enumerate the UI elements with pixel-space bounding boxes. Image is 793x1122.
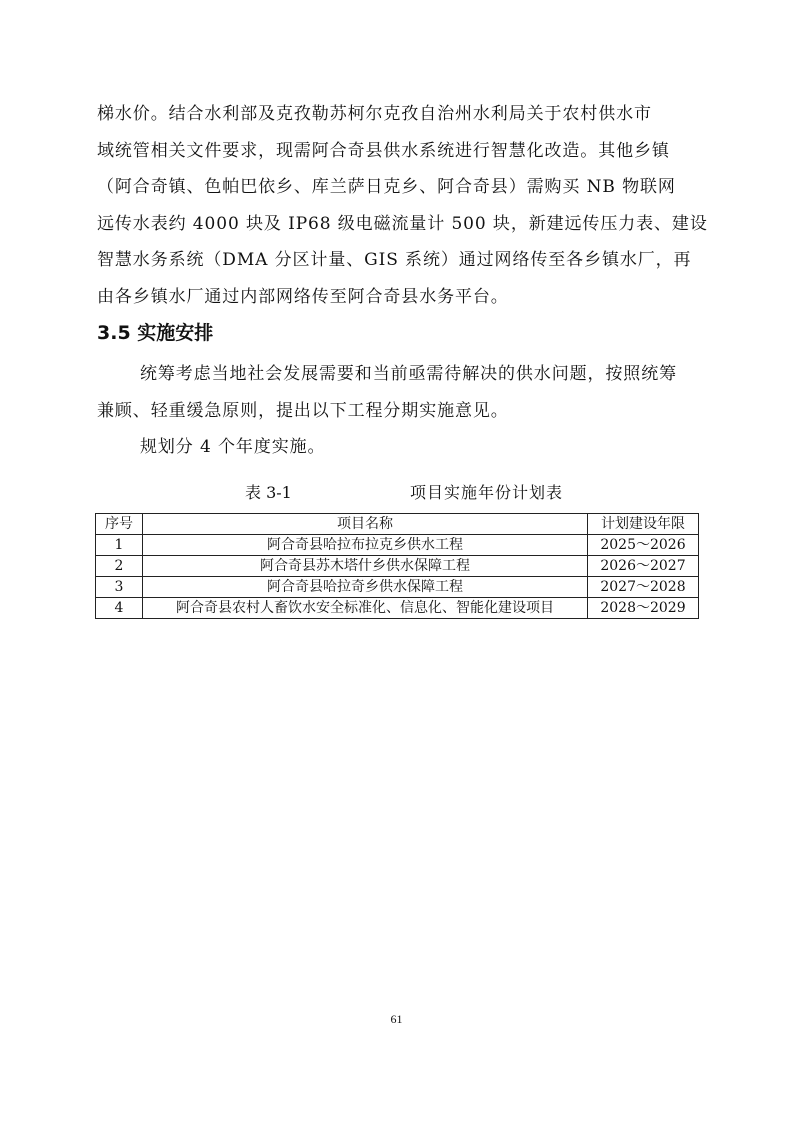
document-page: 梯水价。结合水利部及克孜勒苏柯尔克孜自治州水利局关于农村供水市 域统管相关文件要… — [0, 0, 793, 1122]
table-header-row: 序号 项目名称 计划建设年限 — [96, 514, 699, 535]
header-seq: 序号 — [96, 514, 143, 535]
cell-seq: 1 — [96, 535, 143, 556]
cell-seq: 4 — [96, 598, 143, 619]
text-line: 梯水价。结合水利部及克孜勒苏柯尔克孜自治州水利局关于农村供水市 — [97, 96, 697, 133]
header-years: 计划建设年限 — [588, 514, 699, 535]
section-paragraph: 统筹考虑当地社会发展需要和当前亟需待解决的供水问题，按照统筹 兼顾、轻重缓急原则… — [97, 356, 697, 466]
cell-years: 2027～2028 — [588, 577, 699, 598]
table-row: 2 阿合奇县苏木塔什乡供水保障工程 2026～2027 — [96, 556, 699, 577]
cell-years: 2028～2029 — [588, 598, 699, 619]
text-line: （阿合奇镇、色帕巴依乡、库兰萨日克乡、阿合奇县）需购买 NB 物联网 — [97, 169, 697, 206]
text-line: 统筹考虑当地社会发展需要和当前亟需待解决的供水问题，按照统筹 — [97, 356, 697, 393]
cell-project-name: 阿合奇县哈拉布拉克乡供水工程 — [143, 535, 588, 556]
cell-seq: 2 — [96, 556, 143, 577]
text-line: 兼顾、轻重缓急原则，提出以下工程分期实施意见。 — [97, 393, 697, 430]
table-row: 4 阿合奇县农村人畜饮水安全标准化、信息化、智能化建设项目 2028～2029 — [96, 598, 699, 619]
header-project-name: 项目名称 — [143, 514, 588, 535]
body-paragraph: 梯水价。结合水利部及克孜勒苏柯尔克孜自治州水利局关于农村供水市 域统管相关文件要… — [97, 96, 697, 315]
page-number: 61 — [0, 1012, 793, 1027]
table-number: 表 3-1 — [245, 480, 292, 503]
cell-project-name: 阿合奇县农村人畜饮水安全标准化、信息化、智能化建设项目 — [143, 598, 588, 619]
text-line: 由各乡镇水厂通过内部网络传至阿合奇县水务平台。 — [97, 279, 697, 316]
text-line: 规划分 4 个年度实施。 — [97, 429, 697, 466]
table-title: 项目实施年份计划表 — [410, 480, 563, 503]
text-line: 域统管相关文件要求，现需阿合奇县供水系统进行智慧化改造。其他乡镇 — [97, 133, 697, 170]
section-heading: 3.5 实施安排 — [97, 318, 213, 345]
cell-project-name: 阿合奇县苏木塔什乡供水保障工程 — [143, 556, 588, 577]
cell-project-name: 阿合奇县哈拉奇乡供水保障工程 — [143, 577, 588, 598]
table-row: 3 阿合奇县哈拉奇乡供水保障工程 2027～2028 — [96, 577, 699, 598]
text-line: 远传水表约 4000 块及 IP68 级电磁流量计 500 块，新建远传压力表、… — [97, 206, 697, 243]
cell-years: 2026～2027 — [588, 556, 699, 577]
table-row: 1 阿合奇县哈拉布拉克乡供水工程 2025～2026 — [96, 535, 699, 556]
cell-years: 2025～2026 — [588, 535, 699, 556]
text-line: 智慧水务系统（DMA 分区计量、GIS 系统）通过网络传至各乡镇水厂，再 — [97, 242, 697, 279]
cell-seq: 3 — [96, 577, 143, 598]
implementation-plan-table: 序号 项目名称 计划建设年限 1 阿合奇县哈拉布拉克乡供水工程 2025～202… — [95, 513, 699, 619]
